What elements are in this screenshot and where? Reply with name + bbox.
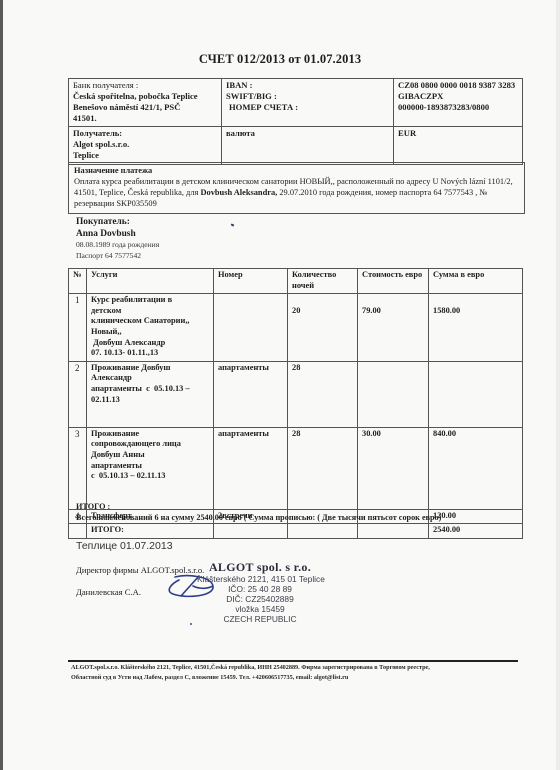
summary-label: ИТОГО : <box>76 501 441 512</box>
service-line: 02.11.13 <box>91 395 209 406</box>
service-line: с 05.10.13 – 02.11.13 <box>91 471 209 482</box>
row-price: 79.00 <box>358 294 429 362</box>
invoice-title: СЧЕТ 012/2013 от 01.07.2013 <box>0 52 560 67</box>
row-sum: 120.00 <box>429 509 523 524</box>
col-header-price: Стоимость евро <box>358 269 429 294</box>
footer-line-1: ALGOT.spol.s.r.o. Klášterského 2121, Tep… <box>71 663 531 673</box>
summary-text: Всего наименований 6 на сумму 2540.00 ев… <box>76 512 441 523</box>
account-value: 000000-1893873283/0800 <box>398 102 518 113</box>
service-line: Новый,, <box>91 327 209 338</box>
service-line: Проживание <box>91 429 209 440</box>
row-number: 3 <box>69 427 87 509</box>
currency-label-cell: валюта <box>222 127 394 165</box>
row-price <box>358 361 429 427</box>
bank-info-cell: Банк получателя : Česká spořitelna, pobo… <box>69 79 222 127</box>
footer-divider <box>68 660 518 662</box>
bank-row: Банк получателя : Česká spořitelna, pobo… <box>69 79 523 127</box>
recipient-row: Получатель: Algot spol.s.r.o. Teplice ва… <box>69 127 523 165</box>
row-room: апартаменты <box>214 427 288 509</box>
row-number: 2 <box>69 361 87 427</box>
iban-value: CZ08 0800 0000 0018 9387 3283 <box>398 80 518 91</box>
row-nights: 28 <box>288 361 358 427</box>
row-nights <box>288 524 358 539</box>
service-line: Александр <box>91 373 209 384</box>
buyer-birth: 08.08.1989 года рождения <box>76 240 159 251</box>
signer-name: Данилевская С.А. <box>76 587 141 597</box>
row-price <box>358 524 429 539</box>
account-label: НОМЕР СЧЕТА : <box>226 102 389 113</box>
stamp-company-name: ALGOT spol. s r.o. <box>205 561 315 574</box>
swift-value: GIBACZPX <box>398 91 518 102</box>
swift-label: SWIFT/BIG : <box>226 91 389 102</box>
table-row: 3Проживаниесопровождающего лицаДовбуш Ан… <box>69 427 523 509</box>
buyer-label: Покупатель: <box>76 216 159 228</box>
place-date: Теплице 01.07.2013 <box>76 540 173 552</box>
total-label: ИТОГО: <box>87 524 214 539</box>
payment-purpose-label: Назначение платежа <box>74 165 519 176</box>
bank-values-cell: CZ08 0800 0000 0018 9387 3283 GIBACZPX 0… <box>394 79 523 127</box>
recipient-label: Получатель: <box>73 128 217 139</box>
stamp-country: CZECH REPUBLIC <box>205 614 315 624</box>
currency-value-cell: EUR <box>394 127 523 165</box>
currency-label: валюта <box>226 128 389 139</box>
row-sum <box>429 361 523 427</box>
service-line: Довбуш Анны <box>91 450 209 461</box>
stamp-dic: DIČ: CZ25402889 <box>205 594 315 604</box>
col-header-service: Услуги <box>87 269 214 294</box>
bank-address: Benešovo náměstí 421/1, PSČ <box>73 102 217 113</box>
table-row: 2Проживание ДовбушАлександрапартаменты с… <box>69 361 523 427</box>
row-nights: 20 <box>288 294 358 362</box>
row-service: Проживание ДовбушАлександрапартаменты с … <box>87 361 214 427</box>
row-price: 30.00 <box>358 427 429 509</box>
payment-purpose-box: Назначение платежа Оплата курса реабилит… <box>68 162 525 214</box>
bank-details-table: Банк получателя : Česká spořitelna, pobo… <box>68 78 523 165</box>
ink-speck <box>190 623 192 625</box>
bank-label: Банк получателя : <box>73 80 217 91</box>
total-row: ИТОГО:2540.00 <box>69 524 523 539</box>
buyer-name: Anna Dovbush <box>76 228 159 240</box>
company-stamp: ALGOT spol. s r.o. Klášterského 2121, 41… <box>205 561 315 624</box>
table-header-row: № Услуги Номер Количество ночей Стоимост… <box>69 269 523 294</box>
currency-value: EUR <box>398 128 518 139</box>
col-header-room: Номер <box>214 269 288 294</box>
bank-labels-cell: IBAN : SWIFT/BIG : НОМЕР СЧЕТА : <box>222 79 394 127</box>
bank-name: Česká spořitelna, pobočka Teplice <box>73 91 217 102</box>
buyer-passport: Паспорт 64 7577542 <box>76 251 159 262</box>
service-line: сопровождающего лица <box>91 439 209 450</box>
stamp-ico: IČO: 25 40 28 89 <box>205 584 315 594</box>
service-line: детском <box>91 306 209 317</box>
row-service: Проживаниесопровождающего лицаДовбуш Анн… <box>87 427 214 509</box>
row-sum: 840.00 <box>429 427 523 509</box>
service-line: Довбуш Александр <box>91 338 209 349</box>
payment-purpose-text: Оплата курса реабилитации в детском клин… <box>74 176 519 209</box>
footer: ALGOT.spol.s.r.o. Klášterského 2121, Tep… <box>71 663 531 682</box>
ink-speck <box>231 223 235 226</box>
service-line: апартаменты <box>91 461 209 472</box>
service-line: клиническом Санатории,, <box>91 316 209 327</box>
stamp-address: Klášterského 2121, 415 01 Teplice <box>197 574 315 584</box>
bank-postcode: 41501. <box>73 113 217 124</box>
buyer-block: Покупатель: Anna Dovbush 08.08.1989 года… <box>76 216 159 261</box>
iban-label: IBAN : <box>226 80 389 91</box>
services-table: № Услуги Номер Количество ночей Стоимост… <box>68 268 523 539</box>
service-line: апартаменты с 05.10.13 – <box>91 384 209 395</box>
row-number <box>69 524 87 539</box>
table-row: 1Курс реабилитации вдетскомклиническом С… <box>69 294 523 362</box>
scan-edge <box>0 0 3 770</box>
row-room <box>214 294 288 362</box>
footer-line-2: Областной суд в Усти над Лабем, раздел С… <box>71 673 531 683</box>
summary-block: ИТОГО : Всего наименований 6 на сумму 25… <box>76 501 441 523</box>
row-sum: 1580.00 <box>429 294 523 362</box>
row-room <box>214 524 288 539</box>
recipient-name: Algot spol.s.r.o. <box>73 139 217 150</box>
recipient-city: Teplice <box>73 150 217 161</box>
stamp-vlozka: vložka 15459 <box>205 604 315 614</box>
col-header-no: № <box>69 269 87 294</box>
row-number: 1 <box>69 294 87 362</box>
service-line: Проживание Довбуш <box>91 363 209 374</box>
row-nights: 28 <box>288 427 358 509</box>
col-header-nights: Количество ночей <box>288 269 358 294</box>
patient-name: Dovbush Aleksandra, <box>200 188 277 197</box>
service-line: Курс реабилитации в <box>91 295 209 306</box>
row-service: Курс реабилитации вдетскомклиническом Са… <box>87 294 214 362</box>
col-header-sum: Сумма в евро <box>429 269 523 294</box>
scan-edge <box>556 0 560 770</box>
row-room: апартаменты <box>214 361 288 427</box>
total-value: 2540.00 <box>429 524 523 539</box>
recipient-cell: Получатель: Algot spol.s.r.o. Teplice <box>69 127 222 165</box>
service-line: 07. 10.13- 01.11.,13 <box>91 348 209 359</box>
